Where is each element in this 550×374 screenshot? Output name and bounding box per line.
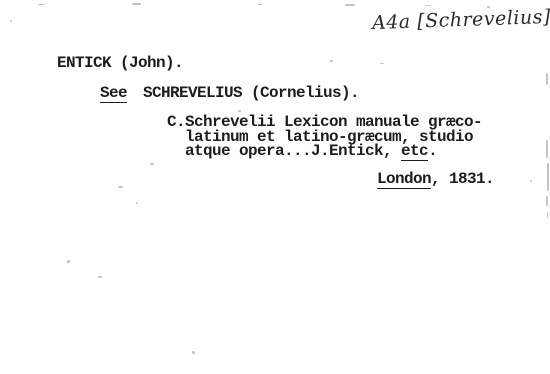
scan-speckle	[425, 5, 431, 6]
scan-speckle	[10, 20, 12, 22]
scan-speckle	[487, 6, 490, 8]
scan-speckle	[546, 140, 548, 158]
imprint-year: , 1831.	[431, 170, 494, 188]
scan-speckle	[547, 163, 549, 191]
handwritten-shelfmark: A4a [Schrevelius]	[372, 6, 550, 34]
scan-speckle	[238, 110, 241, 112]
scan-speckle	[150, 163, 154, 165]
scan-speckle	[136, 202, 138, 204]
card-heading: ENTICK (John).	[57, 55, 183, 71]
scan-speckle	[546, 73, 548, 85]
entry-line-3: atque opera...J.Entick, etc.	[185, 143, 437, 161]
scan-speckle	[258, 4, 262, 5]
imprint-place: London	[377, 172, 431, 189]
scan-speckle	[547, 212, 548, 218]
scan-speckle	[345, 4, 355, 6]
scan-speckle	[118, 186, 123, 188]
scan-speckle	[98, 276, 102, 278]
imprint-line: London, 1831.	[377, 171, 494, 189]
scan-speckle	[530, 180, 532, 182]
scan-speckle	[38, 4, 45, 5]
scan-speckle	[330, 60, 333, 62]
scan-speckle	[380, 63, 384, 64]
entry-line-3-period: .	[428, 142, 437, 160]
scan-speckle	[132, 3, 141, 5]
scan-speckle	[546, 196, 548, 206]
scan-speckle	[67, 260, 70, 263]
entry-etc-label: etc	[401, 144, 428, 161]
scan-speckle	[192, 351, 195, 354]
cross-reference-target: SCHREVELIUS (Cornelius).	[143, 84, 359, 102]
cross-reference-line: SeeSCHREVELIUS (Cornelius).	[100, 85, 359, 103]
entry-line-3-text: atque opera...J.Entick,	[185, 142, 401, 160]
catalogue-card: A4a [Schrevelius] ENTICK (John). SeeSCHR…	[0, 0, 550, 374]
see-label: See	[100, 86, 127, 103]
